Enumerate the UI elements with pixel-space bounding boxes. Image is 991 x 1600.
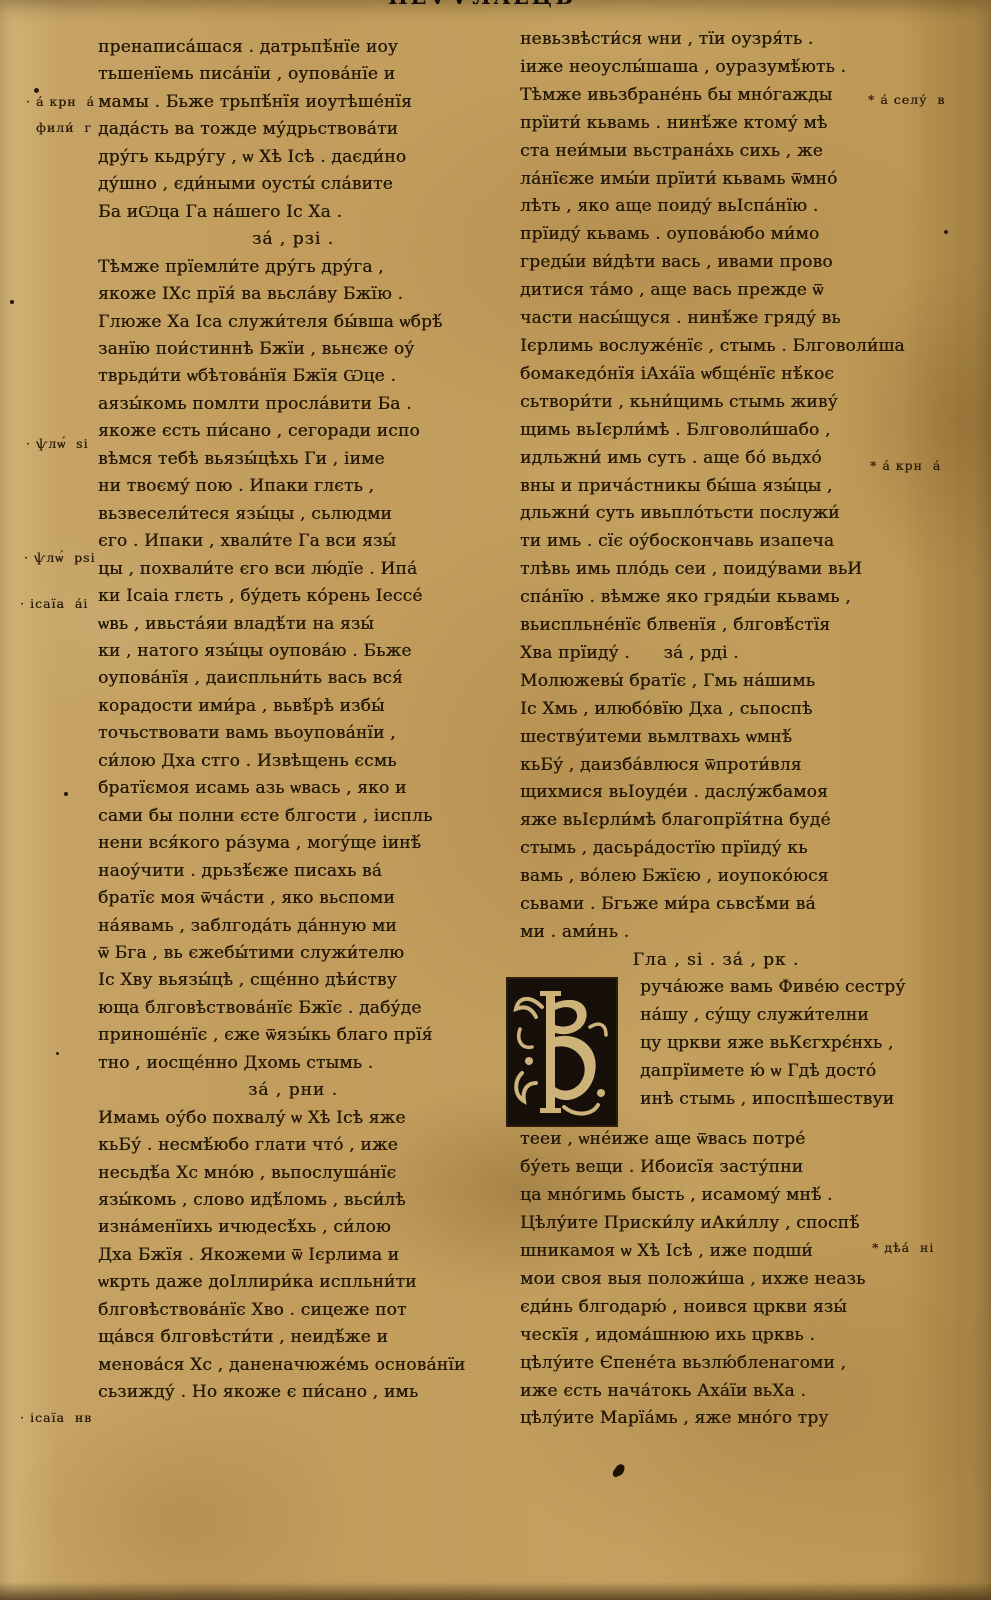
decorative-initial-woodcut: [506, 977, 618, 1127]
text-line: ла́нїєже имы́и прїити́ кьвамь ѿмно́: [520, 166, 912, 194]
text-line: ду́шно , єди́ными оусты́ сла́вите: [98, 171, 488, 198]
text-line: си́лою Дха стго . Извѣщень єсмь: [98, 748, 488, 775]
text-line: братїємоя исамь азь ѡвась , яко и: [98, 775, 488, 802]
text-line: ти имь . сїє оу́боскончавь изапеча: [520, 528, 912, 556]
text-line: бу́еть вещи . Ибоисїя засту́пни: [520, 1154, 912, 1182]
text-line: ни твоєму́ пою . Ипаки глєть ,: [98, 473, 488, 500]
text-line: Имамь оу́бо похвалу́ ѡ Хѣ Ісѣ яже: [98, 1105, 488, 1132]
text-line: сьвами . Бгьже ми́ра сьвсѣ́ми ва́: [520, 891, 912, 919]
text-line: Цѣлу́ите Приски́лу иАки́ллу , споспѣ́: [520, 1210, 912, 1238]
text-line: дитися та́мо , аще вась прежде ѿ: [520, 277, 912, 305]
ink-speck: [10, 300, 14, 304]
text-line: вьзвесели́теся язы́цы , сьлюдми: [98, 501, 488, 528]
text-column-right: невьзвѣсти́ся ѡни , тїи оузря́ть .іиже н…: [520, 26, 912, 1433]
text-line: пренаписа́шася . датрьпѣ́нїе иоу: [98, 34, 488, 61]
section-heading-zachalo-117: за́ , рзі .: [98, 226, 488, 253]
margin-ref-1thess: * а́ селу́ в: [868, 92, 945, 107]
text-line: менова́ся Хс , даненачюже́мь основа́нїи: [98, 1352, 488, 1379]
text-line: изна́менїихь ичюдесѣ́хь , си́лою: [98, 1214, 488, 1241]
text-line: ѡвь , ивьста́яи владѣ́ти на язы́: [98, 611, 488, 638]
text-line: щимь вьІєрли́мѣ . Блговоли́шабо ,: [520, 417, 912, 445]
margin-ref-psalm-17: · ѱлѡ́ ѕі: [26, 436, 88, 452]
text-line: ческїя , идома́шнюю ихь црквь .: [520, 1322, 912, 1350]
text-line: якоже ІХс прїя́ ва вьсла́ву Бжїю .: [98, 281, 488, 308]
text-line: мои своя выя положи́ша , ихже неазь: [520, 1266, 912, 1294]
left-block-3: Имамь оу́бо похвалу́ ѡ Хѣ Ісѣ яжекьБу́ .…: [98, 1105, 488, 1407]
text-line: тврьди́ти ѡбѣтова́нїя Бжїя Ѡце .: [98, 363, 488, 390]
cropped-running-header: ПЕѴѴЛАЕЦѢ: [388, 0, 658, 10]
text-line: идльжни́ имь суть . аще бо́ вьдхо́: [520, 445, 912, 473]
text-line: несьдѣ́а Хс мно́ю , вьпослуша́нїє: [98, 1160, 488, 1187]
text-column-left: пренаписа́шася . датрьпѣ́нїе иоутьшенїем…: [98, 34, 488, 1407]
margin-ref-isaiah-11: · ісаїа а́і: [20, 596, 88, 611]
text-line: дада́сть ва тожде му́дрьствова́ти: [98, 116, 488, 143]
text-line: сьтвори́ти , кьни́щимь стымь живу́: [520, 389, 912, 417]
signature-mark: [613, 1463, 625, 1477]
text-line: иже єсть нача́токь Аха́їи вьХа .: [520, 1378, 912, 1406]
text-line: вамь , во́лею Бжїєю , иоупоко́юся: [520, 863, 912, 891]
text-line: ки , натого язы́цы оупова́ю . Бьже: [98, 638, 488, 665]
text-line: ки Ісаіа глєть , бу́деть ко́рень Іессе́: [98, 583, 488, 610]
text-line: Хва прїиду́ . за́ , рді .: [520, 640, 912, 668]
text-line: ѿ Бга , вь єжебы́тими служи́телю: [98, 940, 488, 967]
text-line: ѡкрть даже доІллири́ка испльни́ти: [98, 1269, 488, 1296]
book-page-scan: ПЕѴѴЛАЕЦѢ пренаписа́шася . датрьпѣ́нїе и…: [0, 0, 991, 1600]
text-line: єго . Ипаки , хвали́те Га вси язы́: [98, 528, 488, 555]
text-line: прїити́ кьвамь . нинѣ́же ктому́ мѣ: [520, 110, 912, 138]
running-header-text: ПЕѴѴЛАЕЦѢ: [388, 0, 658, 9]
text-line: стымь , дасьра́достїю прїиду́ кь: [520, 835, 912, 863]
text-line: дльжни́ суть ивьпло́тьсти послужи́: [520, 500, 912, 528]
text-line: юща блговѣствова́нїє Бжїє . дабу́де: [98, 995, 488, 1022]
ink-speck: [64, 792, 68, 796]
text-line: шникамоя ѡ Хѣ Ісѣ , иже подши́: [520, 1238, 912, 1266]
text-line: дру́гь кьдру́гу , ѡ Хѣ Ісѣ . даєди́но: [98, 144, 488, 171]
text-line: цы , похвали́те єго вси лю́дїе . Ипа́: [98, 556, 488, 583]
margin-ref-1cor-16: * а́ крн а́: [870, 458, 941, 473]
text-line: оупова́нїя , даиспльни́ть вась вся́: [98, 665, 488, 692]
text-line: Тѣмже прїемли́те дру́гь дру́га ,: [98, 254, 488, 281]
text-line: Молюжевы́ братїє , Гмь на́шимь: [520, 668, 912, 696]
ink-speck: [944, 230, 948, 234]
text-line: тееи , ѡне́иже аще ѿвась потре́: [520, 1126, 912, 1154]
margin-ref-1cor: · а́ крн а́: [26, 94, 95, 109]
text-line: ста неи́мыи вьстрана́хь сихь , же: [520, 138, 912, 166]
text-line: єди́нь блгодарю́ , ноився цркви язы́: [520, 1294, 912, 1322]
text-line: кьБу́ , даизба́влюся ѿпроти́вля: [520, 752, 912, 780]
text-line: Дха Бжїя . Якожеми ѿ Ієрлима и: [98, 1242, 488, 1269]
right-block-1: невьзвѣсти́ся ѡни , тїи оузря́ть .іиже н…: [520, 26, 912, 947]
text-line: прїиду́ кьвамь . оупова́юбо ми́мо: [520, 221, 912, 249]
text-line: Ба иѠца Га на́шего Іс Ха .: [98, 199, 488, 226]
text-line: блговѣствова́нїє Хво . сицеже пот: [98, 1297, 488, 1324]
left-block-2: Тѣмже прїемли́те дру́гь дру́га ,якоже ІХ…: [98, 254, 488, 1078]
text-line: вны и прича́стникы бы́ша язы́цы ,: [520, 473, 912, 501]
text-line: кьБу́ . несмѣ́юбо глати что́ , иже: [98, 1132, 488, 1159]
text-line: наоу́чити . дрьзѣ́єже писахь ва́: [98, 858, 488, 885]
text-line: невьзвѣсти́ся ѡни , тїи оузря́ть .: [520, 26, 912, 54]
text-line: приноше́нїє , єже ѿязы́кь благо прїя́: [98, 1022, 488, 1049]
margin-ref-acts-18: * дѣа́ ні: [872, 1240, 934, 1255]
text-line: Іс Хву вьязы́цѣ , сще́нно дѣи́ству: [98, 967, 488, 994]
chapter-heading-glava-16: Гла , ѕі . за́ , рк .: [520, 947, 912, 974]
text-line: ми . ами́нь .: [520, 919, 912, 947]
text-line: шеству́итеми вьмлтвахь ѡмнѣ́: [520, 724, 912, 752]
text-line: Глюже Ха Іса служи́теля бы́вша ѡбрѣ́: [98, 309, 488, 336]
text-line: сьзижду́ . Но якоже є пи́сано , имь: [98, 1379, 488, 1406]
text-line: братїє моя ѿча́сти , яко вьспоми: [98, 885, 488, 912]
text-line: корадости ими́ра , вьвѣ́рѣ избы́: [98, 693, 488, 720]
text-line: тьшенїемь писа́нїи , оупова́нїе и: [98, 61, 488, 88]
left-block-1: пренаписа́шася . датрьпѣ́нїе иоутьшенїем…: [98, 34, 488, 226]
text-line: нени вся́кого ра́зума , могу́ще іинѣ́: [98, 830, 488, 857]
text-line: вѣмся тебѣ вьязы́цѣхь Ги , іиме: [98, 446, 488, 473]
text-line: яже вьІєрли́мѣ благопрїя́тна буде́: [520, 807, 912, 835]
text-line: ща́вся блговѣсти́ти , неидѣ́же и: [98, 1324, 488, 1351]
text-line: вьиспльне́нїє блвенїя , блговѣ́стїя: [520, 612, 912, 640]
text-line: Ієрлимь вослуже́нїє , стымь . Блговоли́ш…: [520, 333, 912, 361]
text-line: спа́нїю . вѣмже яко гряды́и кьвамь ,: [520, 584, 912, 612]
text-line: тно , иосще́нно Дхомь стымь .: [98, 1050, 488, 1077]
text-line: аязы́комь помлти просла́вити Ба .: [98, 391, 488, 418]
text-line: іиже неоуслы́шаша , оуразумѣ́ють .: [520, 54, 912, 82]
text-line: цѣлу́ите Єпене́та вьзлю́бленагоми ,: [520, 1350, 912, 1378]
text-line: бомакедо́нїя іАха́їа ѡбще́нїє нѣ́коє: [520, 361, 912, 389]
text-line: на́явамь , заблгода́ть да́нную ми: [98, 913, 488, 940]
text-line: части насы́щуся . нинѣ́же гряду́ вь: [520, 305, 912, 333]
ink-speck: [56, 1052, 59, 1055]
margin-ref-psalm-116: · ѱлѡ́ рѕі: [24, 550, 95, 566]
text-line: цѣлу́ите Марїа́мь , яже мно́го тру: [520, 1405, 912, 1433]
text-line: щихмися вьІоуде́и . даслу́жбамоя: [520, 779, 912, 807]
margin-ref-phil: фили́ г: [36, 120, 92, 135]
text-line: занїю пои́стиннѣ Бжїи , вьнєже оу́: [98, 336, 488, 363]
ink-speck: [34, 88, 39, 93]
text-line: тлѣвь имь пло́дь сеи , поиду́вами вьИ: [520, 556, 912, 584]
text-line: Іс Хмь , илюбо́вїю Дха , сьпоспѣ: [520, 696, 912, 724]
text-line: якоже єсть пи́сано , сегоради испо: [98, 418, 488, 445]
text-line: Тѣмже ивьзбране́нь бы мно́гажды: [520, 82, 912, 110]
margin-ref-isaiah-52: · ісаїа нв: [20, 1410, 92, 1425]
text-line: мамы . Бьже трьпѣ́нїя иоутѣше́нїя: [98, 89, 488, 116]
text-line: греды́и ви́дѣти вась , ивами прово: [520, 249, 912, 277]
text-line: точьствовати вамь вьоупова́нїи ,: [98, 720, 488, 747]
right-block-2: тееи , ѡне́иже аще ѿвась потре́бу́еть ве…: [520, 1126, 912, 1433]
text-line: ца мно́гимь бысть , исамому́ мнѣ́ .: [520, 1182, 912, 1210]
text-line: лѣть , яко аще поиду́ вьІспа́нїю .: [520, 193, 912, 221]
section-heading-zachalo-118: за́ , рни .: [98, 1077, 488, 1104]
text-line: сами бы полни єсте блгости , іиспль: [98, 803, 488, 830]
text-line: язы́комь , слово идѣ́ломь , вьси́лѣ: [98, 1187, 488, 1214]
initial-paragraph: руча́юже вамь Фиве́ю сестру́на́шу , су́щ…: [520, 974, 912, 1126]
